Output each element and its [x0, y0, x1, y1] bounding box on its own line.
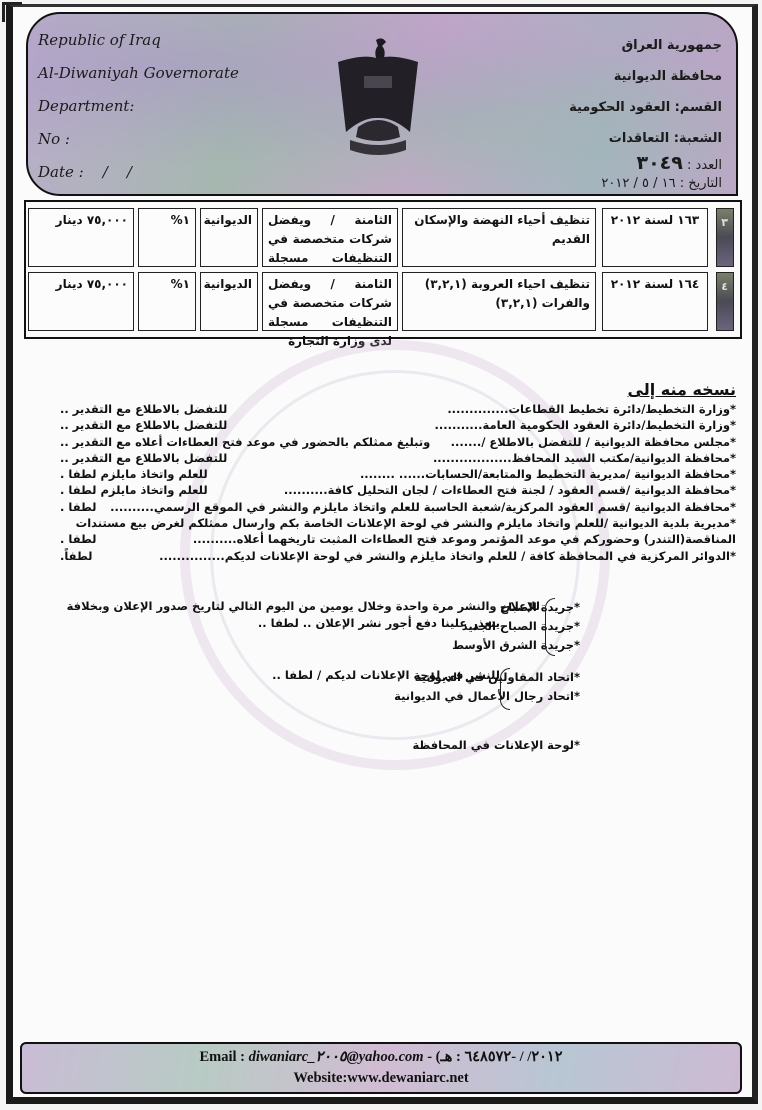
percentage: ١%: [138, 208, 196, 267]
project-name: تنظيف أحياء النهضة والإسكان القديم: [402, 208, 596, 267]
newspapers-note: للإعلان والنشر مرة واحدة وخلال يومين من …: [20, 598, 540, 632]
list-item: المناقصة(التندر) وحضوركم في موعد المؤتمر…: [60, 531, 736, 547]
contractor-category: الثامنة / ويفضل شركات متخصصة في التنظيفا…: [262, 272, 398, 331]
distribution-title: نسخه منه إلى: [60, 380, 736, 399]
letterhead: Republic of Iraq Al-Diwaniyah Governorat…: [26, 12, 738, 196]
date-value: ١٦ / ٥ / ٢٠١٢: [601, 176, 675, 191]
contractor-category: الثامنة / ويفضل شركات متخصصة في التنظيفا…: [262, 208, 398, 267]
list-item: *الدوائر المركزية في المحافظة كافة / للع…: [60, 548, 736, 564]
date-label-en: Date : / /: [38, 156, 239, 189]
date-label-ar: التاريخ :: [680, 176, 722, 191]
document-price: ٧٥,٠٠٠ دينار: [28, 208, 134, 267]
governorate-name-en: Al-Diwaniyah Governorate: [38, 57, 239, 90]
number-value: ٣٠٤٩: [636, 152, 682, 174]
tender-table: ٣ ١٦٣ لسنة ٢٠١٢ تنظيف أحياء النهضة والإس…: [24, 200, 742, 339]
governorate-name-ar: محافظة الديوانية: [569, 61, 722, 92]
phone-number: - (٢٠١٢/ / -٦٤٨٥٧٢ : هـ: [427, 1049, 562, 1065]
footer-contact: Email : diwaniarc_٢٠٠٥@yahoo.com - (٢٠١٢…: [20, 1042, 742, 1094]
reference-number: العدد : ٣٠٤٩: [569, 154, 722, 175]
list-item: *وزارة التخطيط/دائرة العقود الحكومية الع…: [60, 417, 736, 433]
email-label: Email :: [199, 1049, 248, 1065]
percentage: ١%: [138, 272, 196, 331]
row-index: ٣: [716, 208, 734, 267]
row-index: ٤: [716, 272, 734, 331]
list-item: *مديرية بلدية الديوانية /للعلم واتخاذ ما…: [60, 515, 736, 531]
tender-number: ١٦٤ لسنة ٢٠١٢: [602, 272, 708, 331]
location: الديوانية: [200, 272, 258, 331]
department-label: Department:: [38, 90, 239, 123]
table-row: ٤ ١٦٤ لسنة ٢٠١٢ تنظيف احياء العروبة (٣,٢…: [32, 272, 734, 331]
list-item: *مجلس محافظة الديوانية / للتفضل بالاطلاع…: [60, 434, 736, 450]
distribution-list: نسخه منه إلى *وزارة التخطيط/دائرة تخطيط …: [60, 380, 736, 564]
location: الديوانية: [200, 208, 258, 267]
eagle-emblem-icon: [328, 32, 428, 162]
project-name: تنظيف احياء العروبة (٣,٢,١) والفرات (٣,٢…: [402, 272, 596, 331]
newspaper-item: *جريدة الشرق الأوسط: [452, 636, 580, 655]
brace-icon: [545, 598, 555, 656]
list-item: *محافظة الديوانية /مديرية التخطيط والمتا…: [60, 466, 736, 482]
section-ar: الشعبة: التعاقدات: [569, 123, 722, 154]
email-link[interactable]: diwaniarc_٢٠٠٥@yahoo.com: [249, 1049, 424, 1065]
letterhead-english: Republic of Iraq Al-Diwaniyah Governorat…: [38, 24, 239, 189]
website-link[interactable]: Website:www.dewaniarc.net: [22, 1068, 740, 1089]
list-item: *محافظة الديوانية /قسم العقود / لجنة فتح…: [60, 482, 736, 498]
unions-note: للنشر في لوحة الإعلانات لديكم / لطفا ..: [272, 668, 500, 682]
letterhead-arabic: جمهورية العراق محافظة الديوانية القسم: ا…: [569, 30, 722, 193]
notice-board: *لوحة الإعلانات في المحافظة: [412, 738, 580, 752]
number-label-ar: العدد :: [687, 158, 722, 173]
country-name-ar: جمهورية العراق: [569, 30, 722, 61]
newspapers-note-line2: يتعذر علينا دفع أجور نشر الإعلان .. لطفا…: [20, 615, 540, 632]
union-item: *اتحاد رجال الأعمال في الديوانية: [394, 687, 580, 706]
number-label-en: No :: [38, 123, 239, 156]
corner-mark: [2, 2, 22, 22]
list-item: *وزارة التخطيط/دائرة تخطيط القطاعات.....…: [60, 401, 736, 417]
footer-line1: Email : diwaniarc_٢٠٠٥@yahoo.com - (٢٠١٢…: [22, 1047, 740, 1068]
list-item: *محافظة الديوانية /قسم العقود المركزية/ش…: [60, 499, 736, 515]
tender-number: ١٦٣ لسنة ٢٠١٢: [602, 208, 708, 267]
country-name-en: Republic of Iraq: [38, 24, 239, 57]
issue-date: التاريخ : ١٦ / ٥ / ٢٠١٢: [569, 175, 722, 193]
document-price: ٧٥,٠٠٠ دينار: [28, 272, 134, 331]
department-ar: القسم: العقود الحكومية: [569, 92, 722, 123]
list-item: *محافظة الديوانية/مكتب السيد المحافظ....…: [60, 450, 736, 466]
brace-icon: [500, 668, 510, 710]
newspapers-note-line1: للإعلان والنشر مرة واحدة وخلال يومين من …: [20, 598, 540, 615]
table-row: ٣ ١٦٣ لسنة ٢٠١٢ تنظيف أحياء النهضة والإس…: [32, 208, 734, 267]
